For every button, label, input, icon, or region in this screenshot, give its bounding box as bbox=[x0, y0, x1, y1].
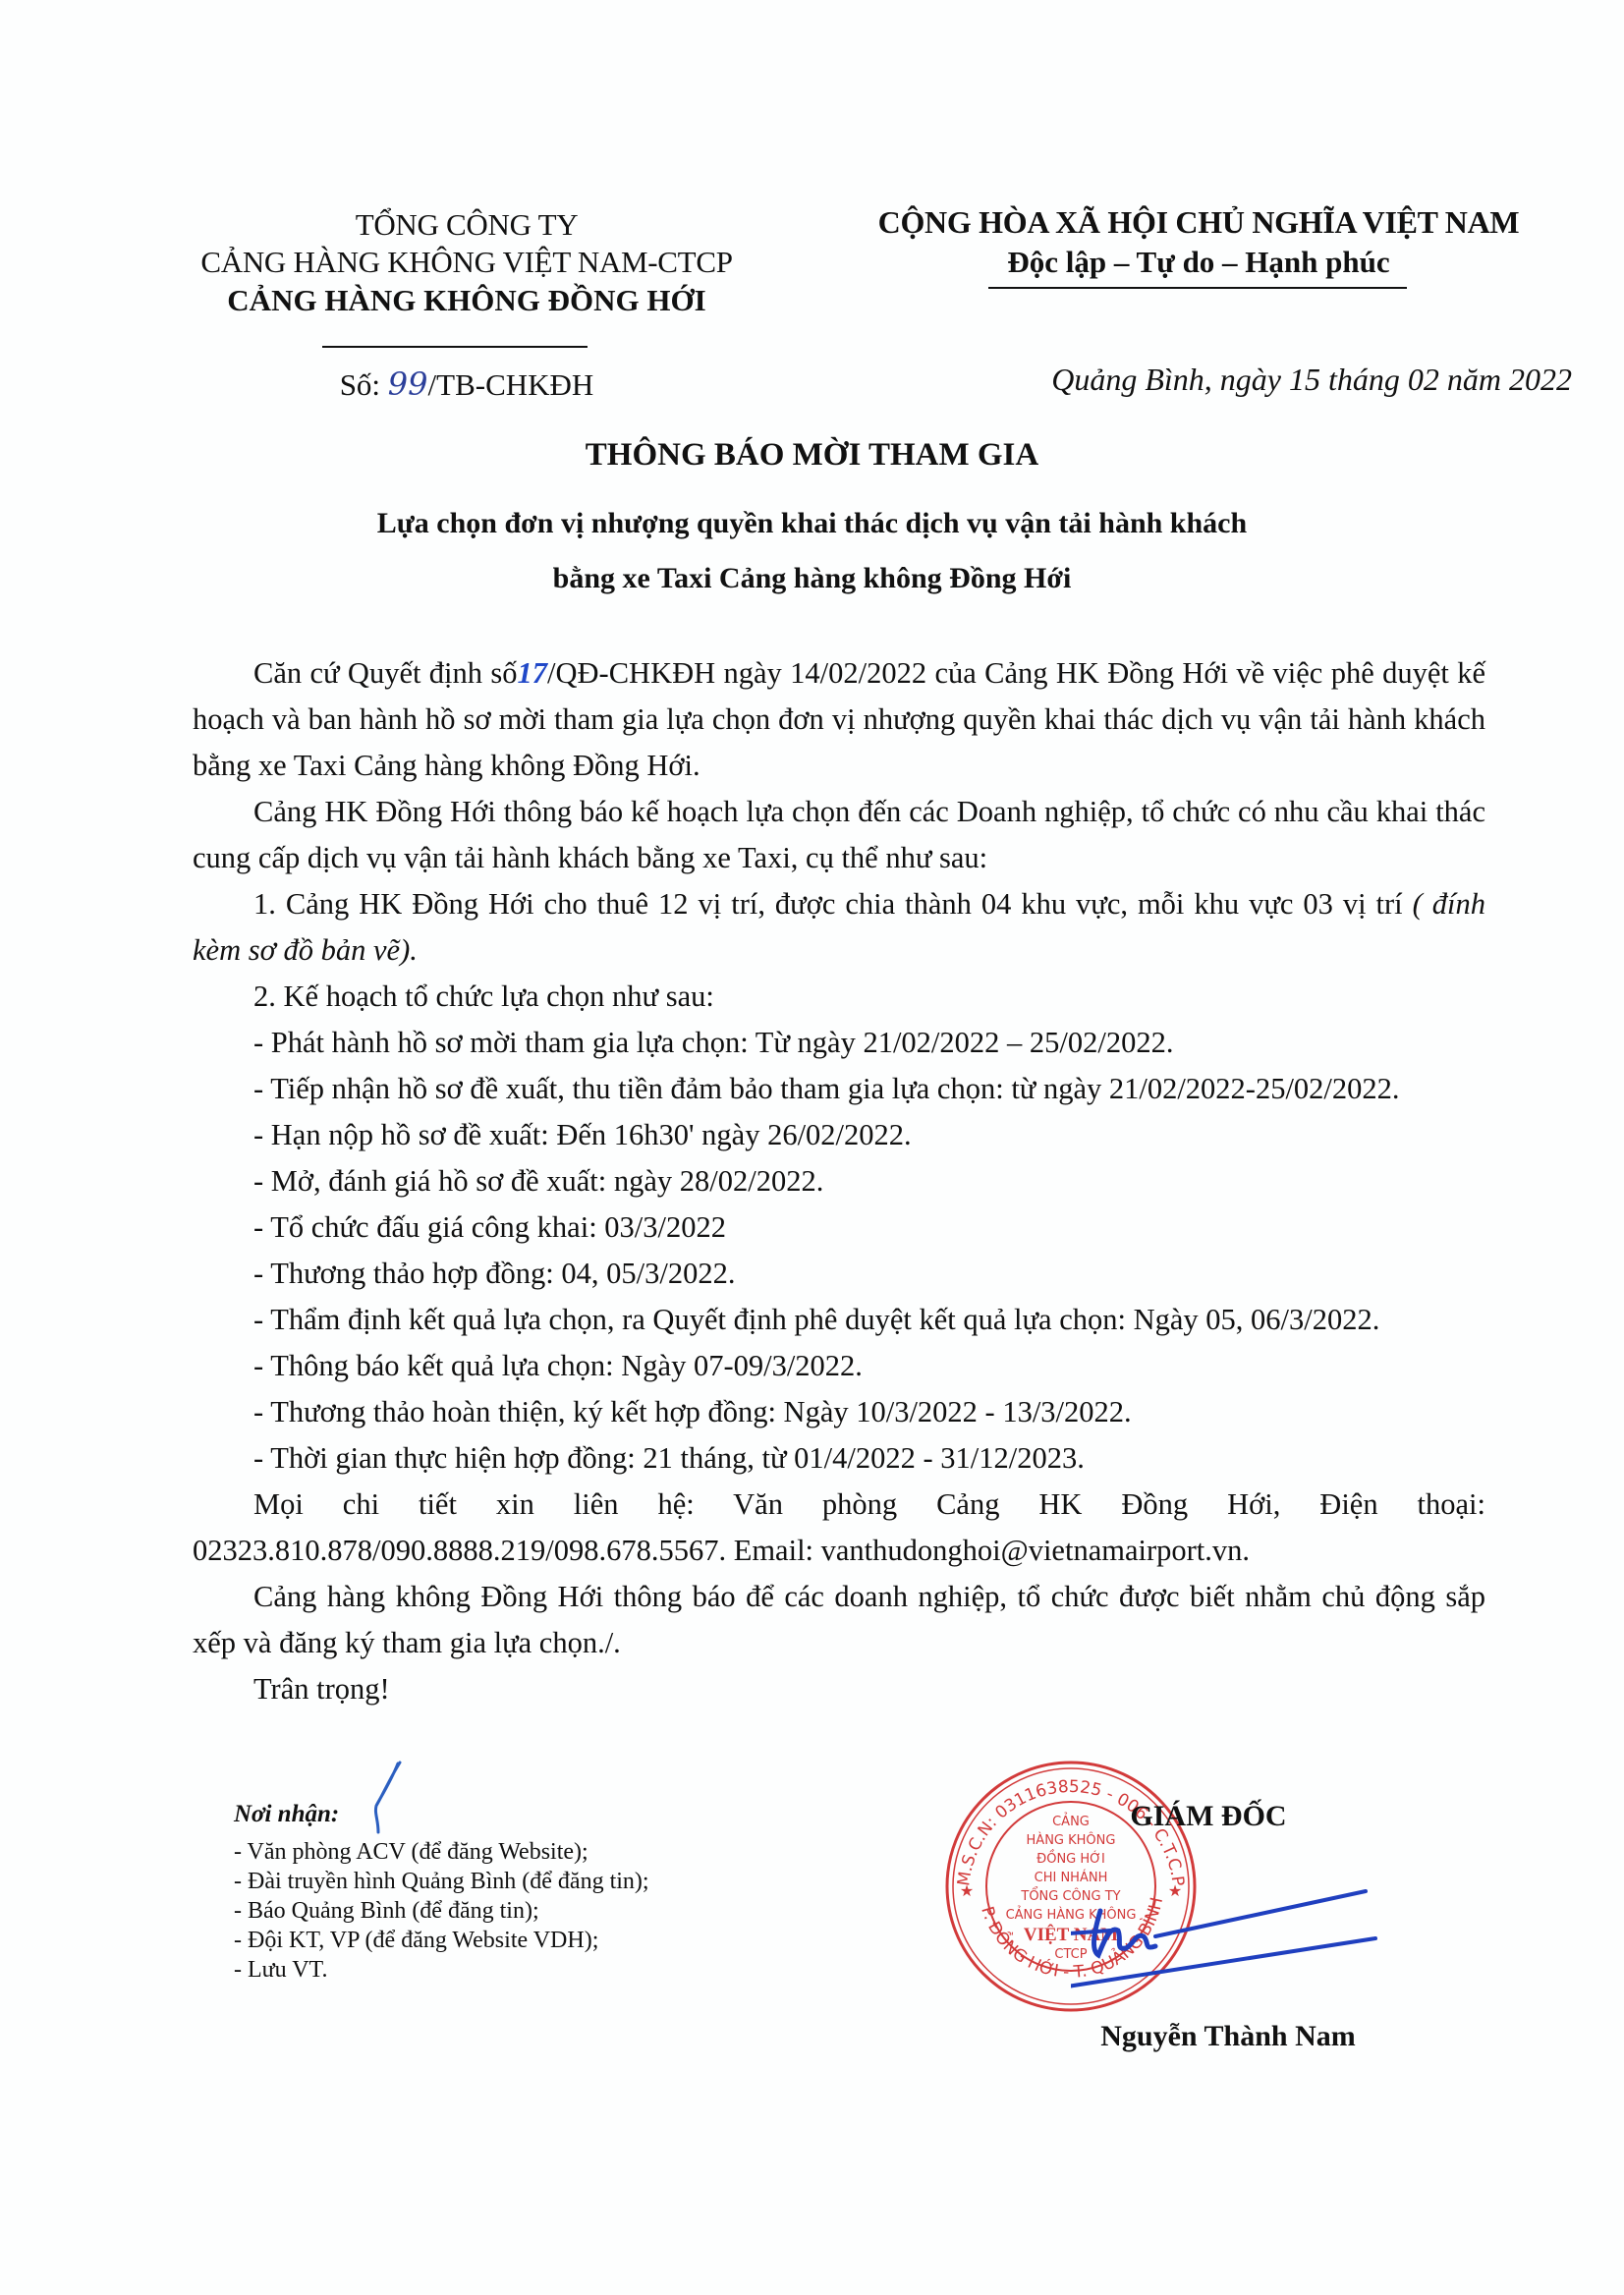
issuer-name: CẢNG HÀNG KHÔNG ĐỒNG HỚI bbox=[147, 281, 786, 320]
handwritten-signature-icon bbox=[1071, 1872, 1385, 1999]
decision-number-handwritten: 17 bbox=[518, 656, 548, 690]
recipients-block: Nơi nhận: - Văn phòng ACV (để đăng Websi… bbox=[234, 1800, 823, 1985]
svg-text:★: ★ bbox=[960, 1883, 974, 1900]
paragraph-basis: Căn cứ Quyết định số17/QĐ-CHKĐH ngày 14/… bbox=[193, 650, 1485, 789]
recipient-item: - Văn phòng ACV (để đăng Website); bbox=[234, 1837, 823, 1867]
recipient-item: - Đài truyền hình Quảng Bình (để đăng ti… bbox=[234, 1867, 823, 1896]
recipient-item: - Lưu VT. bbox=[234, 1955, 823, 1985]
basis-text-before: Căn cứ Quyết định số bbox=[253, 656, 518, 690]
doc-number-suffix: /TB-CHKĐH bbox=[428, 367, 594, 402]
paragraph-announcement: Cảng HK Đồng Hới thông báo kế hoạch lựa … bbox=[193, 789, 1485, 881]
dateline: Quảng Bình, ngày 15 tháng 02 năm 2022 bbox=[943, 362, 1572, 398]
document-body: Căn cứ Quyết định số17/QĐ-CHKĐH ngày 14/… bbox=[193, 650, 1485, 1712]
issuer-divider bbox=[322, 346, 588, 348]
issuer-parent-line2: CẢNG HÀNG KHÔNG VIỆT NAM-CTCP bbox=[147, 244, 786, 281]
recipient-item: - Đội KT, VP (để đăng Website VDH); bbox=[234, 1926, 823, 1955]
schedule-item: - Thương thảo hoàn thiện, ký kết hợp đồn… bbox=[193, 1389, 1485, 1435]
svg-text:HÀNG KHÔNG: HÀNG KHÔNG bbox=[1027, 1832, 1116, 1848]
schedule-item: - Thông báo kết quả lựa chọn: Ngày 07-09… bbox=[193, 1343, 1485, 1389]
item-2: 2. Kế hoạch tổ chức lựa chọn như sau: bbox=[193, 974, 1485, 1020]
doc-number-handwritten: 99 bbox=[388, 365, 428, 403]
subtitle-line2: bằng xe Taxi Cảng hàng không Đồng Hới bbox=[196, 551, 1428, 606]
schedule-item: - Tiếp nhận hồ sơ đề xuất, thu tiền đảm … bbox=[193, 1066, 1485, 1112]
schedule-item: - Thẩm định kết quả lựa chọn, ra Quyết đ… bbox=[193, 1297, 1485, 1343]
subtitle-line1: Lựa chọn đơn vị nhượng quyền khai thác d… bbox=[196, 496, 1428, 551]
schedule-item: - Mở, đánh giá hồ sơ đề xuất: ngày 28/02… bbox=[193, 1158, 1485, 1204]
doc-number-prefix: Số: bbox=[340, 367, 380, 402]
document-title: THÔNG BÁO MỜI THAM GIA bbox=[196, 437, 1428, 474]
schedule-item: - Hạn nộp hồ sơ đề xuất: Đến 16h30' ngày… bbox=[193, 1112, 1485, 1158]
svg-text:ĐỒNG HỚI: ĐỒNG HỚI bbox=[1036, 1850, 1105, 1867]
recipient-item: - Báo Quảng Bình (để đăng tin); bbox=[234, 1896, 823, 1926]
document-subtitle: Lựa chọn đơn vị nhượng quyền khai thác d… bbox=[196, 496, 1428, 606]
recipients-label: Nơi nhận: bbox=[234, 1800, 823, 1829]
issuer-block: TỔNG CÔNG TY CẢNG HÀNG KHÔNG VIỆT NAM-CT… bbox=[147, 206, 786, 320]
motto-underline bbox=[988, 287, 1407, 289]
signatory-name: Nguyễn Thành Nam bbox=[982, 2020, 1444, 2053]
item-1: 1. Cảng HK Đồng Hới cho thuê 12 vị trí, … bbox=[193, 881, 1485, 974]
national-title: CỘNG HÒA XÃ HỘI CHỦ NGHĨA VIỆT NAM bbox=[815, 201, 1582, 243]
item-1-text: 1. Cảng HK Đồng Hới cho thuê 12 vị trí, … bbox=[253, 887, 1413, 921]
schedule-item: - Thương thảo hợp đồng: 04, 05/3/2022. bbox=[193, 1251, 1485, 1297]
schedule-item: - Tổ chức đấu giá công khai: 03/3/2022 bbox=[193, 1204, 1485, 1251]
contact-paragraph: Mọi chi tiết xin liên hệ: Văn phòng Cảng… bbox=[193, 1482, 1485, 1574]
document-number: Số: 99/TB-CHKĐH bbox=[147, 365, 786, 403]
schedule-item: - Thời gian thực hiện hợp đồng: 21 tháng… bbox=[193, 1435, 1485, 1482]
issuer-parent-line1: TỔNG CÔNG TY bbox=[147, 206, 786, 244]
regards: Trân trọng! bbox=[193, 1666, 1485, 1712]
closing-paragraph: Cảng hàng không Đồng Hới thông báo để cá… bbox=[193, 1574, 1485, 1666]
schedule-item: - Phát hành hồ sơ mời tham gia lựa chọn:… bbox=[193, 1020, 1485, 1066]
national-motto: Độc lập – Tự do – Hạnh phúc bbox=[815, 243, 1582, 282]
national-header: CỘNG HÒA XÃ HỘI CHỦ NGHĨA VIỆT NAM Độc l… bbox=[815, 201, 1582, 282]
signatory-title: GIÁM ĐỐC bbox=[982, 1800, 1405, 1833]
